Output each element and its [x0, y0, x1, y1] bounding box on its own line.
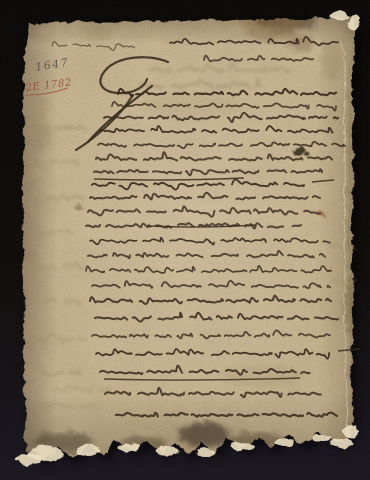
manuscript-photograph: 1647 2E 1782 [0, 0, 370, 480]
paper-flake [231, 441, 253, 449]
paper-flake [117, 442, 137, 450]
paper-flake [14, 452, 42, 464]
paper-flake [329, 11, 347, 19]
paper-flake [74, 444, 98, 454]
paper-flake [341, 424, 357, 436]
paper-flake [311, 433, 329, 441]
paper-flake [348, 14, 358, 28]
paper-flake [154, 444, 178, 454]
archival-photo-stage: 1647 2E 1782 [0, 0, 370, 480]
paper-flake [328, 437, 352, 447]
paper-flake [195, 447, 213, 455]
paper-flake [274, 437, 294, 445]
